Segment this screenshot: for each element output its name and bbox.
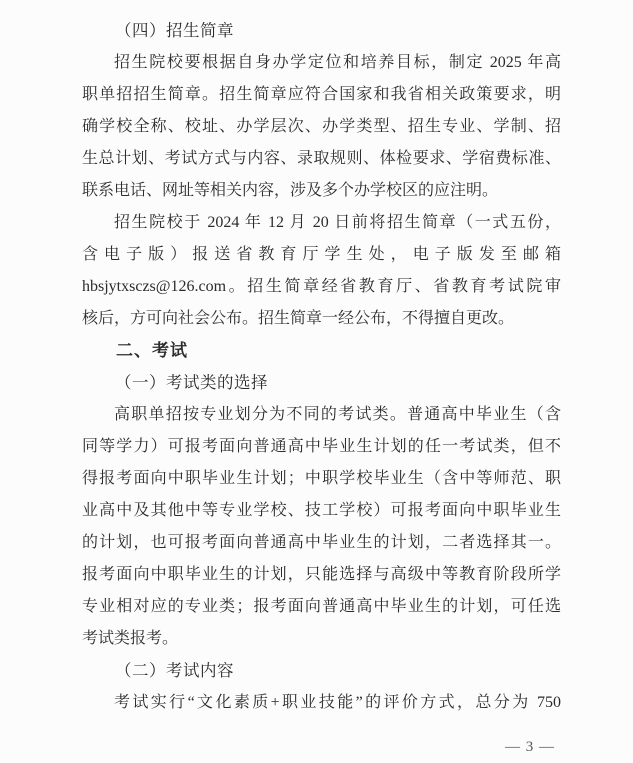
section-heading: 二、考试 bbox=[82, 335, 561, 367]
paragraph-line: 得报考面向中职毕业生计划；中职学校毕业生（含中等师范、职 bbox=[82, 463, 561, 495]
paragraph-line: 考试类报考。 bbox=[82, 623, 561, 655]
paragraph-line: 同等学力）可报考面向普通高中毕业生计划的任一考试类，但不 bbox=[82, 431, 561, 463]
paragraph-line: 核后，方可向社会公布。招生简章一经公布，不得擅自更改。 bbox=[82, 303, 561, 335]
paragraph-line: 确学校全称、校址、办学层次、办学类型、招生专业、学制、招 bbox=[82, 111, 561, 143]
paragraph-line: 联系电话、网址等相关内容，涉及多个办学校区的应注明。 bbox=[82, 175, 561, 207]
page-number: — 3 — bbox=[498, 736, 562, 758]
paragraph-line: 考试实行“文化素质+职业技能”的评价方式，总分为 750 bbox=[82, 687, 561, 719]
paragraph-line: 含电子版）报送省教育厅学生处，电子版发至邮箱 bbox=[82, 239, 561, 271]
paragraph-line: hbsjytxsczs@126.com。招生简章经省教育厅、省教育考试院审 bbox=[82, 271, 561, 303]
section-subheading: （四）招生简章 bbox=[82, 15, 561, 47]
document-text-block: （四）招生简章招生院校要根据自身办学定位和培养目标，制定 2025 年高职单招招… bbox=[82, 15, 561, 719]
paragraph-line: 职单招招生简章。招生简章应符合国家和我省相关政策要求，明 bbox=[82, 79, 561, 111]
paragraph-line: 报考面向中职毕业生的计划，只能选择与高级中等教育阶段所学 bbox=[82, 559, 561, 591]
paragraph-line: 招生院校于 2024 年 12 月 20 日前将招生简章（一式五份， bbox=[82, 207, 561, 239]
paragraph-line: 高职单招按专业划分为不同的考试类。普通高中毕业生（含 bbox=[82, 399, 561, 431]
section-subheading: （二）考试内容 bbox=[82, 655, 561, 687]
paragraph-line: 的计划，也可报考面向普通高中毕业生的计划，二者选择其一。 bbox=[82, 527, 561, 559]
document-page: （四）招生简章招生院校要根据自身办学定位和培养目标，制定 2025 年高职单招招… bbox=[0, 0, 633, 763]
paragraph-line: 业高中及其他中等专业学校、技工学校）可报考面向中职毕业生 bbox=[82, 495, 561, 527]
paragraph-line: 生总计划、考试方式与内容、录取规则、体检要求、学宿费标准、 bbox=[82, 143, 561, 175]
paragraph-line: 专业相对应的专业类；报考面向普通高中毕业生的计划，可任选 bbox=[82, 591, 561, 623]
section-subheading: （一）考试类的选择 bbox=[82, 367, 561, 399]
paragraph-line: 招生院校要根据自身办学定位和培养目标，制定 2025 年高 bbox=[82, 47, 561, 79]
